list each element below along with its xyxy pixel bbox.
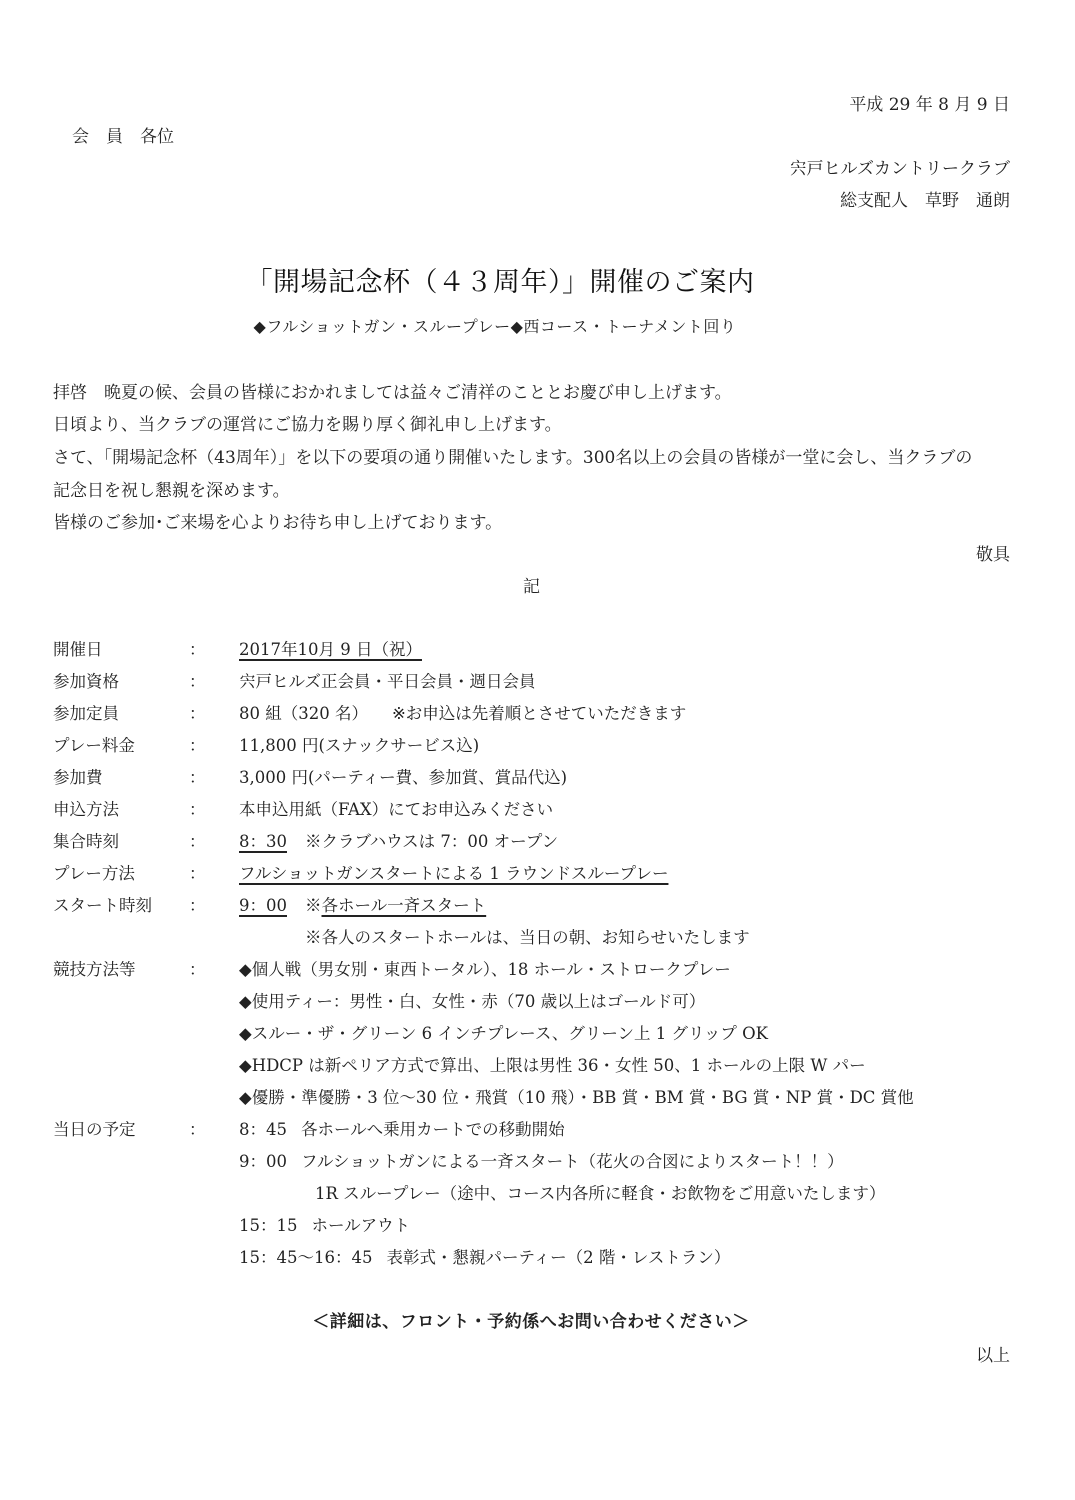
- document-title: 「開場記念杯（４３周年）」開催のご案内: [0, 260, 1000, 299]
- ijou: 以上: [976, 1341, 1010, 1366]
- competition-item: ◆使用ティー：男性・白、女性・赤（70 歳以上はゴールド可）: [239, 988, 705, 1012]
- schedule-item: 1R スループレー（途中、コース内各所に軽食・お飲物をご用意いたします）: [315, 1180, 885, 1204]
- detail-colon: ：: [189, 956, 206, 980]
- schedule-item: 15：15ホールアウト: [239, 1212, 410, 1236]
- keigu: 敬具: [976, 540, 1010, 565]
- detail-colon: ：: [189, 860, 206, 884]
- competition-item: ◆HDCP は新ペリア方式で算出、上限は男性 36・女性 50、1 ホールの上限…: [239, 1052, 866, 1076]
- schedule-text: フルショットガンによる一斉スタート（花火の合図によりスタート！！）: [301, 1152, 844, 1171]
- schedule-text: ホールアウト: [312, 1216, 411, 1235]
- detail-label-application: 申込方法: [53, 796, 119, 820]
- detail-value-play-fee: 11,800 円(スナックサービス込): [239, 732, 479, 756]
- detail-colon: ：: [189, 892, 206, 916]
- detail-colon: ：: [189, 700, 206, 724]
- schedule-item: 9：00フルショットガンによる一斉スタート（花火の合図によりスタート！！）: [239, 1148, 844, 1172]
- intro-line: 日頃より、当クラブの運営にご協力を賜り厚く御礼申し上げます。: [53, 410, 562, 435]
- detail-colon: ：: [189, 1116, 206, 1140]
- competition-item: ◆スルー・ザ・グリーン 6 インチプレース、グリーン上 1 グリップ OK: [239, 1020, 768, 1044]
- meeting-time-note: ※クラブハウスは 7：00 オープン: [305, 832, 558, 851]
- intro-line: 拝啓 晩夏の候、会員の皆様におかれましては益々ご清祥のこととお慶び申し上げます。: [53, 378, 732, 403]
- schedule-time: 15：15: [239, 1216, 298, 1235]
- schedule-time: 15：45～16：45: [239, 1248, 372, 1267]
- competition-item: ◆優勝・準優勝・3 位～30 位・飛賞（10 飛）・BB 賞・BM 賞・BG 賞…: [239, 1084, 914, 1108]
- schedule-item: 15：45～16：45表彰式・懇親パーティー（2 階・レストラン）: [239, 1244, 730, 1268]
- detail-label-competition: 競技方法等: [53, 956, 136, 980]
- detail-value-entry-fee: 3,000 円(パーティー費、参加賞、賞品代込): [239, 764, 567, 788]
- detail-label-entry-fee: 参加費: [53, 764, 103, 788]
- contact-note: ＜詳細は、フロント・予約係へお問い合わせください＞: [0, 1307, 1062, 1332]
- detail-colon: ：: [189, 636, 206, 660]
- schedule-text: 各ホールへ乗用カートでの移動開始: [301, 1120, 565, 1139]
- detail-value-meeting-time: 8：30※クラブハウスは 7：00 オープン: [239, 828, 558, 852]
- schedule-item: 8：45各ホールへ乗用カートでの移動開始: [239, 1116, 565, 1140]
- detail-colon: ：: [189, 764, 206, 788]
- start-time: 9：00: [239, 896, 287, 915]
- detail-label-meeting-time: 集合時刻: [53, 828, 119, 852]
- detail-value-date: 2017年10月 9 日（祝）: [239, 636, 422, 660]
- detail-label-date: 開催日: [53, 636, 103, 660]
- document-subtitle: ◆フルショットガン・スループレー◆西コース・トーナメント回り: [0, 314, 990, 337]
- sender-organization: 宍戸ヒルズカントリークラブ: [790, 154, 1011, 179]
- detail-value-play-method: フルショットガンスタートによる 1 ラウンドスループレー: [239, 860, 668, 884]
- detail-value-capacity: 80 組（320 名）※お申込は先着順とさせていただきます: [239, 700, 686, 724]
- detail-value-start-time: 9：00※各ホール一斉スタート: [239, 892, 486, 916]
- intro-line: 記念日を祝し懇親を深めます。: [53, 476, 290, 501]
- start-time-subnote: ※各人のスタートホールは、当日の朝、お知らせいたします: [305, 924, 750, 948]
- detail-label-start-time: スタート時刻: [53, 892, 152, 916]
- schedule-text: 表彰式・懇親パーティー（2 階・レストラン）: [386, 1248, 730, 1267]
- sender-name: 総支配人 草野 通朗: [840, 186, 1010, 211]
- detail-label-capacity: 参加定員: [53, 700, 119, 724]
- detail-label-schedule: 当日の予定: [53, 1116, 136, 1140]
- detail-colon: ：: [189, 668, 206, 692]
- intro-line: さて、「開場記念杯（43周年）」を以下の要項の通り開催いたします。300名以上の…: [53, 443, 972, 468]
- detail-colon: ：: [189, 796, 206, 820]
- detail-colon: ：: [189, 828, 206, 852]
- addressee: 会 員 各位: [72, 122, 174, 147]
- competition-item: ◆個人戦（男女別・東西トータル）、18 ホール・ストロークプレー: [239, 956, 731, 980]
- intro-line: 皆様のご参加･ご来場を心よりお待ち申し上げております。: [53, 508, 502, 533]
- schedule-time: 9：00: [239, 1152, 287, 1171]
- capacity-main: 80 組（320 名）: [239, 704, 368, 723]
- detail-value-eligibility: 宍戸ヒルズ正会員・平日会員・週日会員: [239, 668, 536, 692]
- meeting-time: 8：30: [239, 832, 287, 851]
- start-time-mark: ※: [305, 896, 322, 915]
- document-date: 平成 29 年 8 月 9 日: [849, 90, 1010, 115]
- detail-label-play-fee: プレー料金: [53, 732, 135, 756]
- detail-value-application: 本申込用紙（FAX）にてお申込みください: [239, 796, 553, 820]
- detail-label-play-method: プレー方法: [53, 860, 135, 884]
- detail-colon: ：: [189, 732, 206, 756]
- capacity-note: ※お申込は先着順とさせていただきます: [392, 704, 686, 723]
- start-time-note: 各ホール一斉スタート: [322, 896, 487, 915]
- schedule-time: 8：45: [239, 1120, 287, 1139]
- ki-marker: 記: [523, 572, 540, 597]
- detail-label-eligibility: 参加資格: [53, 668, 119, 692]
